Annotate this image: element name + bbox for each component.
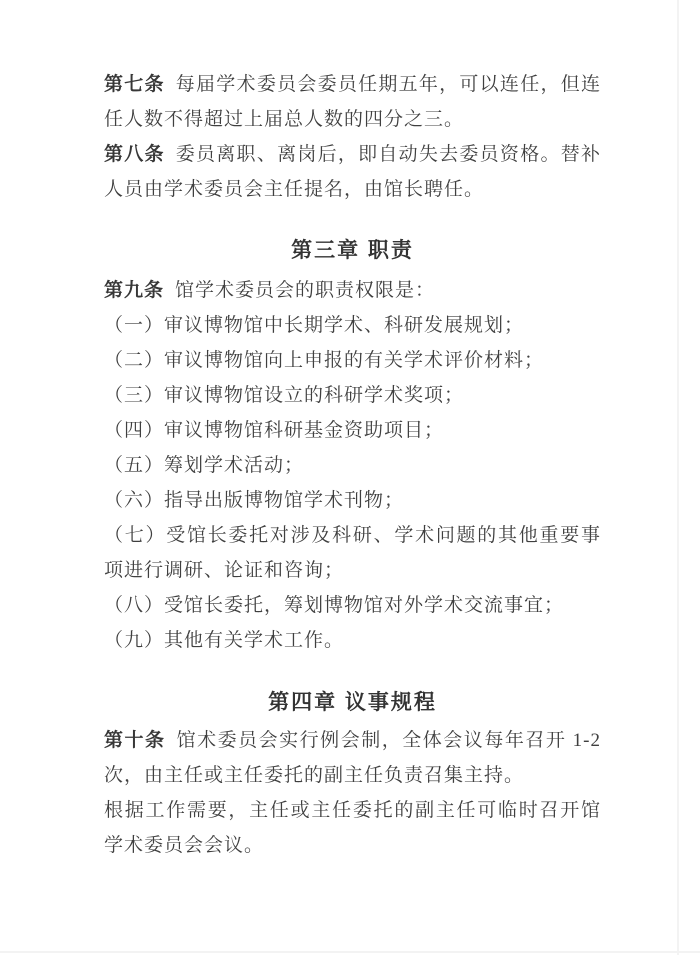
duty-item-4: （四）审议博物馆科研基金资助项目； — [104, 413, 601, 448]
duty-item-6: （六）指导出版博物馆学术刊物； — [104, 483, 601, 518]
article-9-number: 第九条 — [104, 280, 175, 301]
article-9-text: 馆学术委员会的职责权限是： — [175, 280, 435, 301]
article-9: 第九条馆学术委员会的职责权限是： — [104, 273, 601, 308]
article-10-number: 第十条 — [104, 730, 177, 751]
duty-item-8: （八）受馆长委托，筹划博物馆对外学术交流事宜； — [104, 588, 601, 623]
article-8-number: 第八条 — [104, 144, 176, 165]
chapter-3-heading: 第三章 职责 — [104, 233, 601, 268]
duty-item-9: （九）其他有关学术工作。 — [104, 623, 601, 658]
page-right-edge-line — [677, 0, 679, 955]
duty-item-7: （七）受馆长委托对涉及科研、学术问题的其他重要事项进行调研、论证和咨询； — [104, 518, 601, 588]
duty-item-5: （五）筹划学术活动； — [104, 448, 601, 483]
article-10: 第十条馆术委员会实行例会制，全体会议每年召开 1-2 次，由主任或主任委托的副主… — [104, 723, 601, 793]
chapter-4-heading: 第四章 议事规程 — [104, 685, 601, 720]
article-7-text: 每届学术委员会委员任期五年，可以连任，但连任人数不得超过上届总人数的四分之三。 — [104, 74, 601, 130]
article-10-continued: 根据工作需要，主任或主任委托的副主任可临时召开馆学术委员会会议。 — [104, 793, 601, 863]
duty-item-1: （一）审议博物馆中长期学术、科研发展规划； — [104, 308, 601, 343]
document-page: 第七条每届学术委员会委员任期五年，可以连任，但连任人数不得超过上届总人数的四分之… — [0, 0, 700, 955]
duty-item-3: （三）审议博物馆设立的科研学术奖项； — [104, 378, 601, 413]
duty-item-2: （二）审议博物馆向上申报的有关学术评价材料； — [104, 343, 601, 378]
page-bottom-edge-line — [0, 951, 700, 953]
article-7-number: 第七条 — [104, 74, 176, 95]
document-content: 第七条每届学术委员会委员任期五年，可以连任，但连任人数不得超过上届总人数的四分之… — [104, 67, 601, 863]
article-8-text: 委员离职、离岗后，即自动失去委员资格。替补人员由学术委员会主任提名，由馆长聘任。 — [104, 144, 601, 200]
article-7: 第七条每届学术委员会委员任期五年，可以连任，但连任人数不得超过上届总人数的四分之… — [104, 67, 601, 137]
article-10-text: 馆术委员会实行例会制，全体会议每年召开 1-2 次，由主任或主任委托的副主任负责… — [104, 730, 601, 786]
article-8: 第八条委员离职、离岗后，即自动失去委员资格。替补人员由学术委员会主任提名，由馆长… — [104, 137, 601, 207]
